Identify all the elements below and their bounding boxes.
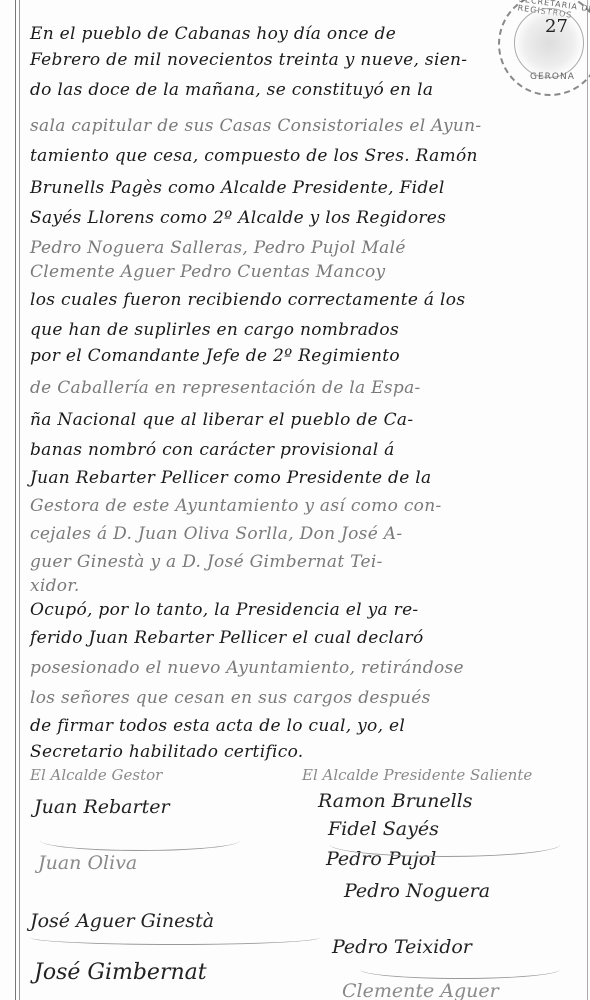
body-line: tamiento que cesa, compuesto de los Sres… xyxy=(30,146,478,166)
body-line: Gestora de este Ayuntamiento y así como … xyxy=(30,496,442,516)
body-line: xidor. xyxy=(30,576,80,596)
signature-right: Pedro Noguera xyxy=(344,880,490,902)
body-line: Juan Rebarter Pellicer como Presidente d… xyxy=(30,468,431,488)
body-line: por el Comandante Jefe de 2º Regimiento xyxy=(30,346,400,366)
document-page: SECRETARIA DE REGISTROS GERONA 27 En el … xyxy=(0,0,590,1000)
body-line: ferido Juan Rebarter Pellicer el cual de… xyxy=(30,628,424,648)
signature-header-right: El Alcalde Presidente Saliente xyxy=(302,766,532,784)
signature-header-left: El Alcalde Gestor xyxy=(30,766,162,784)
body-line: Ocupó, por lo tanto, la Presidencia el y… xyxy=(30,600,418,620)
body-line: do las doce de la mañana, se constituyó … xyxy=(30,80,433,100)
body-line: En el pueblo de Cabanas hoy día once de xyxy=(30,24,396,44)
stamp-bottom-text: GERONA xyxy=(530,72,575,82)
body-line: Febrero de mil novecientos treinta y nue… xyxy=(30,50,467,70)
body-line: Secretario habilitado certifico. xyxy=(30,742,304,762)
body-line: Pedro Noguera Salleras, Pedro Pujol Malé xyxy=(30,238,406,258)
body-line: banas nombró con carácter provisional á xyxy=(30,440,395,460)
signature-right: Clemente Aguer xyxy=(342,980,499,1000)
signature-left: Juan Rebarter xyxy=(34,796,170,818)
body-line: posesionado el nuevo Ayuntamiento, retir… xyxy=(30,658,464,678)
page-right-border xyxy=(587,0,588,1000)
signature-flourish xyxy=(360,960,560,979)
signature-flourish xyxy=(40,830,240,851)
signature-left: José Gimbernat xyxy=(34,960,207,985)
signature-right: Ramon Brunells xyxy=(318,790,472,812)
body-line: los señores que cesan en sus cargos desp… xyxy=(30,688,431,708)
signature-flourish xyxy=(30,930,320,945)
official-seal-stamp: SECRETARIA DE REGISTROS GERONA xyxy=(498,0,590,96)
body-line: cejales á D. Juan Oliva Sorlla, Don José… xyxy=(30,524,402,544)
signature-right: Pedro Teixidor xyxy=(332,936,472,958)
body-line: Clemente Aguer Pedro Cuentas Mancoy xyxy=(30,262,385,282)
signature-left: Juan Oliva xyxy=(38,852,137,874)
body-line: ña Nacional que al liberar el pueblo de … xyxy=(30,410,413,430)
body-line: Sayés Llorens como 2º Alcalde y los Regi… xyxy=(30,208,446,228)
body-line: los cuales fueron recibiendo correctamen… xyxy=(30,290,465,310)
page-left-border xyxy=(15,0,20,1000)
signature-left: José Aguer Ginestà xyxy=(30,910,214,932)
signature-flourish xyxy=(330,832,560,857)
body-line: guer Ginestà y a D. José Gimbernat Tei- xyxy=(30,552,383,572)
body-line: de firmar todos esta acta de lo cual, yo… xyxy=(30,716,405,736)
body-line: Brunells Pagès como Alcalde Presidente, … xyxy=(30,178,445,198)
body-line: que han de suplirles en cargo nombrados xyxy=(30,320,399,340)
folio-number: 27 xyxy=(545,16,568,37)
body-line: de Caballería en representación de la Es… xyxy=(30,378,421,398)
body-line: sala capitular de sus Casas Consistorial… xyxy=(30,116,481,136)
